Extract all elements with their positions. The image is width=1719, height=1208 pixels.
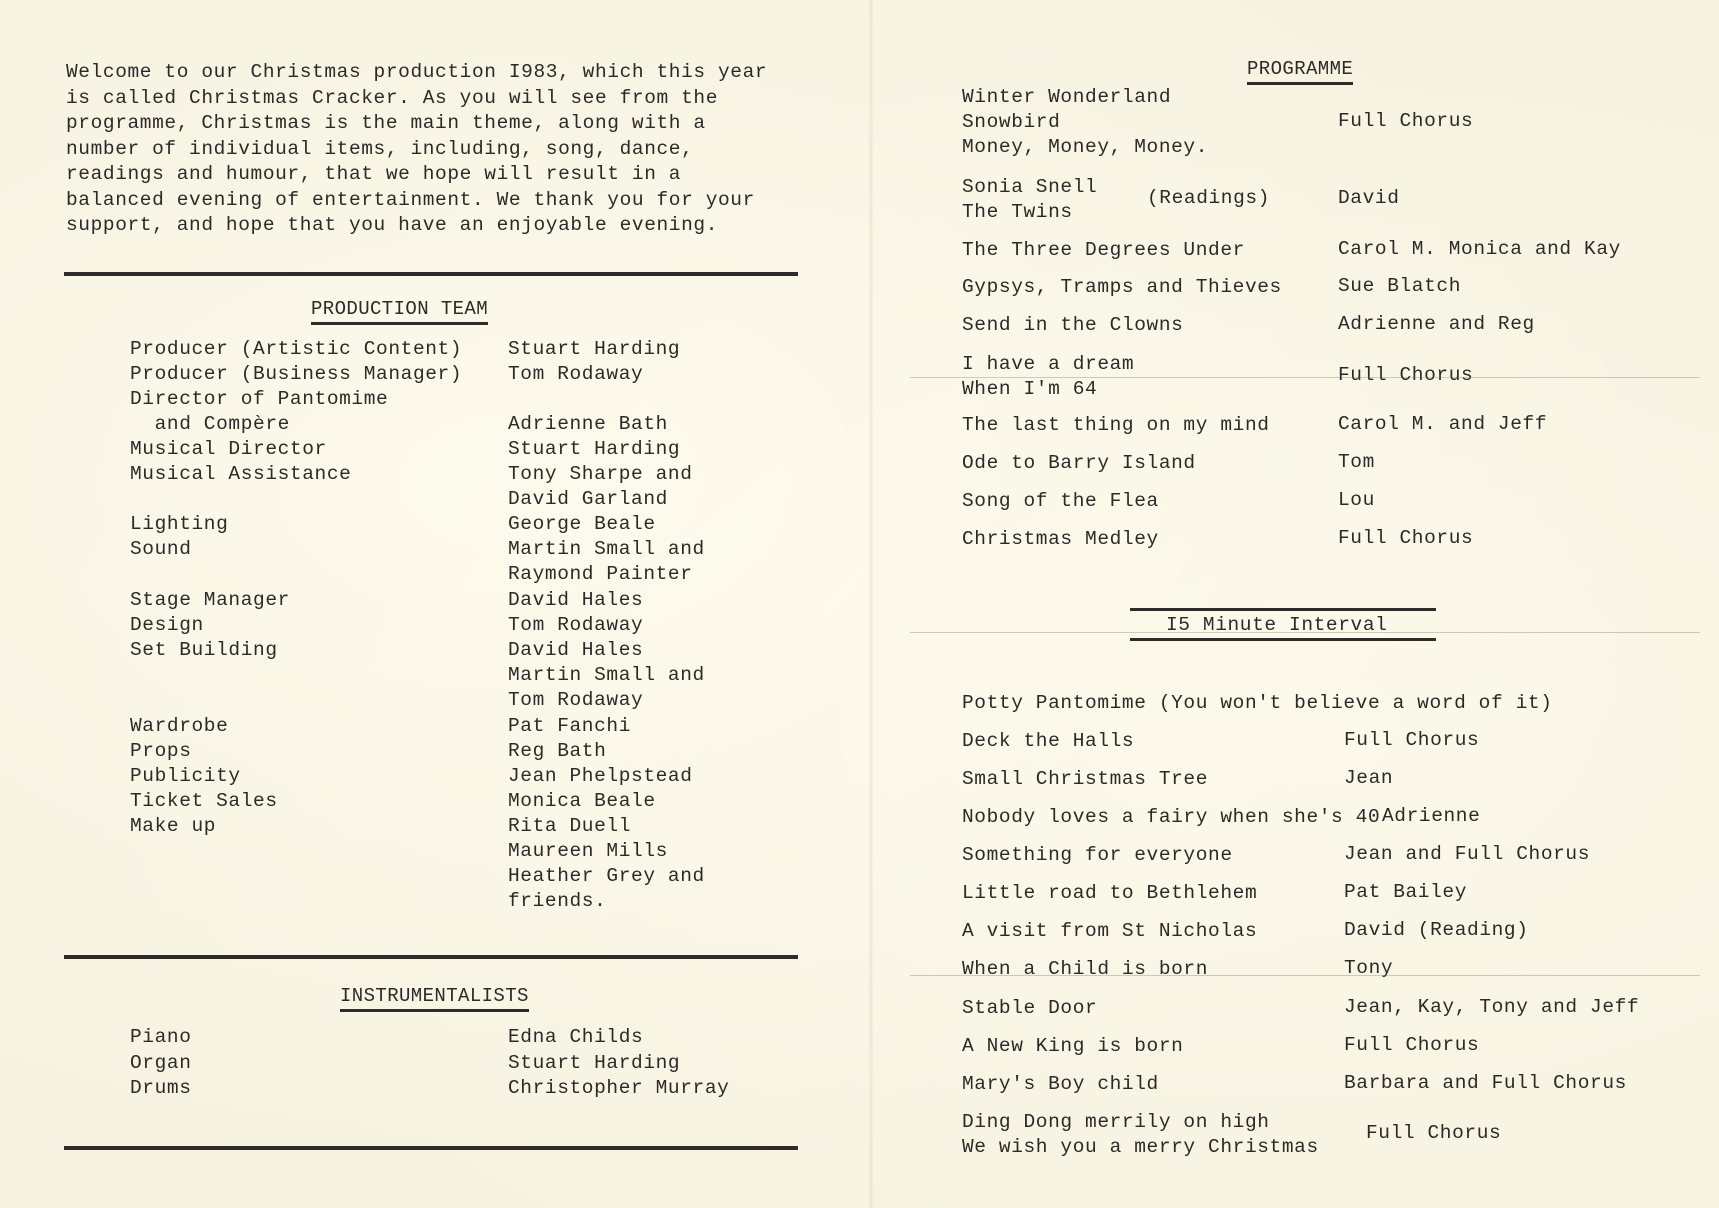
divider-2 bbox=[64, 955, 798, 959]
welcome-line: Welcome to our Christmas production I983… bbox=[66, 60, 826, 86]
divider-1 bbox=[64, 272, 798, 276]
team-name: Monica Beale bbox=[508, 790, 656, 812]
programme-item-title: Gypsys, Tramps and Thieves bbox=[962, 275, 1282, 300]
title-line: Stable Door bbox=[962, 996, 1097, 1021]
programme-item-performer: Jean, Kay, Tony and Jeff bbox=[1344, 996, 1639, 1018]
programme-item-performer: Barbara and Full Chorus bbox=[1344, 1072, 1627, 1094]
programme-item-performer: Tom bbox=[1338, 451, 1375, 473]
team-role: Ticket Sales bbox=[130, 790, 278, 812]
programme-item-performer: Jean bbox=[1344, 767, 1393, 789]
title-line: Little road to Bethlehem bbox=[962, 881, 1257, 906]
welcome-line: readings and humour, that we hope will r… bbox=[66, 162, 826, 188]
title-line: Sonia Snell bbox=[962, 175, 1097, 200]
programme-item-title: Nobody loves a fairy when she's 40 bbox=[962, 805, 1380, 830]
programme-item-performer: Full Chorus bbox=[1338, 110, 1473, 132]
programme-item-title: Deck the Halls bbox=[962, 729, 1134, 754]
programme-item-title: A visit from St Nicholas bbox=[962, 919, 1257, 944]
welcome-line: is called Christmas Cracker. As you will… bbox=[66, 86, 826, 112]
title-line: Deck the Halls bbox=[962, 729, 1134, 754]
team-name: Adrienne Bath bbox=[508, 413, 668, 435]
instrument-name: Organ bbox=[130, 1052, 192, 1074]
programme-sheet: Welcome to our Christmas production I983… bbox=[0, 0, 1719, 1208]
title-line: The last thing on my mind bbox=[962, 413, 1270, 438]
title-line: A New King is born bbox=[962, 1034, 1183, 1059]
programme-item-performer: Full Chorus bbox=[1366, 1122, 1501, 1144]
title-line: Ode to Barry Island bbox=[962, 451, 1196, 476]
programme-item-title: Send in the Clowns bbox=[962, 313, 1183, 338]
programme-item-title: Stable Door bbox=[962, 996, 1097, 1021]
programme-item-title: The last thing on my mind bbox=[962, 413, 1270, 438]
title-line: When a Child is born bbox=[962, 957, 1208, 982]
programme-item-performer: Full Chorus bbox=[1344, 729, 1479, 751]
team-name: Maureen Mills bbox=[508, 840, 668, 862]
interval-label: I5 Minute Interval bbox=[1166, 613, 1387, 638]
programme-item-title: Little road to Bethlehem bbox=[962, 881, 1257, 906]
production-team-heading: PRODUCTION TEAM bbox=[311, 298, 488, 320]
programme-item-performer: Full Chorus bbox=[1338, 527, 1473, 549]
title-line: We wish you a merry Christmas bbox=[962, 1135, 1319, 1160]
programme-item-title: When a Child is born bbox=[962, 957, 1208, 982]
team-name: Rita Duell bbox=[508, 815, 631, 837]
title-line: A visit from St Nicholas bbox=[962, 919, 1257, 944]
programme-item-performer: Jean and Full Chorus bbox=[1344, 843, 1590, 865]
team-name: friends. bbox=[508, 890, 606, 912]
team-role: Producer (Business Manager) bbox=[130, 363, 462, 385]
team-name: Martin Small and bbox=[508, 538, 705, 560]
team-name: David Hales bbox=[508, 589, 643, 611]
team-name: Jean Phelpstead bbox=[508, 765, 693, 787]
title-line: Ding Dong merrily on high bbox=[962, 1110, 1319, 1135]
title-line: Something for everyone bbox=[962, 843, 1233, 868]
instrumentalists-heading: INSTRUMENTALISTS bbox=[340, 985, 529, 1007]
team-name: Tom Rodaway bbox=[508, 363, 643, 385]
team-name: Tom Rodaway bbox=[508, 689, 643, 711]
programme-item-performer: Adrienne and Reg bbox=[1338, 313, 1535, 335]
title-line: Money, Money, Money. bbox=[962, 135, 1208, 160]
programme-item-performer: Lou bbox=[1338, 489, 1375, 511]
title-line: Mary's Boy child bbox=[962, 1072, 1159, 1097]
team-role: Stage Manager bbox=[130, 589, 290, 611]
title-line: Snowbird bbox=[962, 110, 1208, 135]
programme-item-note: (Readings) bbox=[1147, 187, 1270, 209]
title-line: Gypsys, Tramps and Thieves bbox=[962, 275, 1282, 300]
page-fold bbox=[868, 0, 874, 1208]
programme-item-title: Ode to Barry Island bbox=[962, 451, 1196, 476]
programme-item-title: Ding Dong merrily on highWe wish you a m… bbox=[962, 1110, 1319, 1160]
bleed-line-2 bbox=[910, 632, 1700, 633]
title-line: Small Christmas Tree bbox=[962, 767, 1208, 792]
programme-item-performer: Full Chorus bbox=[1338, 364, 1473, 386]
part-two-intro: Potty Pantomime (You won't believe a wor… bbox=[962, 691, 1553, 716]
team-role: Director of Pantomime bbox=[130, 388, 388, 410]
team-name: Stuart Harding bbox=[508, 338, 680, 360]
team-role: and Compère bbox=[130, 413, 290, 435]
team-name: Stuart Harding bbox=[508, 438, 680, 460]
team-name: Heather Grey and bbox=[508, 865, 705, 887]
programme-item-performer: Full Chorus bbox=[1344, 1034, 1479, 1056]
instrumentalist-name: Christopher Murray bbox=[508, 1077, 729, 1099]
programme-item-title: Mary's Boy child bbox=[962, 1072, 1159, 1097]
team-name: Raymond Painter bbox=[508, 563, 693, 585]
interval-rule-top bbox=[1130, 608, 1436, 611]
team-role: Publicity bbox=[130, 765, 241, 787]
programme-item-performer: David bbox=[1338, 187, 1400, 209]
team-name: Martin Small and bbox=[508, 664, 705, 686]
team-role: Wardrobe bbox=[130, 715, 228, 737]
welcome-line: number of individual items, including, s… bbox=[66, 137, 826, 163]
team-role: Sound bbox=[130, 538, 192, 560]
title-line: The Three Degrees Under bbox=[962, 238, 1245, 263]
programme-item-performer: David (Reading) bbox=[1344, 919, 1529, 941]
title-line: Christmas Medley bbox=[962, 527, 1159, 552]
programme-item-performer: Sue Blatch bbox=[1338, 275, 1461, 297]
team-name: Reg Bath bbox=[508, 740, 606, 762]
interval-rule-bottom bbox=[1130, 638, 1436, 641]
welcome-line: support, and hope that you have an enjoy… bbox=[66, 213, 826, 239]
team-name: George Beale bbox=[508, 513, 656, 535]
welcome-paragraph: Welcome to our Christmas production I983… bbox=[66, 60, 826, 239]
programme-item-title: Winter WonderlandSnowbirdMoney, Money, M… bbox=[962, 85, 1208, 160]
programme-item-performer: Adrienne bbox=[1382, 805, 1480, 827]
programme-item-title: A New King is born bbox=[962, 1034, 1183, 1059]
title-line: Winter Wonderland bbox=[962, 85, 1208, 110]
instrument-name: Piano bbox=[130, 1026, 192, 1048]
team-role: Props bbox=[130, 740, 192, 762]
team-role: Design bbox=[130, 614, 204, 636]
instrument-name: Drums bbox=[130, 1077, 192, 1099]
programme-heading: PROGRAMME bbox=[1247, 58, 1353, 80]
team-role: Lighting bbox=[130, 513, 228, 535]
title-line: When I'm 64 bbox=[962, 377, 1134, 402]
programme-item-title: The Three Degrees Under bbox=[962, 238, 1245, 263]
team-role: Musical Assistance bbox=[130, 463, 351, 485]
team-name: Pat Fanchi bbox=[508, 715, 631, 737]
title-line: Song of the Flea bbox=[962, 489, 1159, 514]
programme-item-title: Something for everyone bbox=[962, 843, 1233, 868]
team-name: Tony Sharpe and bbox=[508, 463, 693, 485]
team-name: David Hales bbox=[508, 639, 643, 661]
divider-3 bbox=[64, 1146, 798, 1150]
bleed-line-1 bbox=[910, 377, 1700, 378]
instrumentalist-name: Stuart Harding bbox=[508, 1052, 680, 1074]
title-line: Nobody loves a fairy when she's 40 bbox=[962, 805, 1380, 830]
title-line: Send in the Clowns bbox=[962, 313, 1183, 338]
team-role: Make up bbox=[130, 815, 216, 837]
welcome-line: programme, Christmas is the main theme, … bbox=[66, 111, 826, 137]
programme-item-title: Christmas Medley bbox=[962, 527, 1159, 552]
team-name: Tom Rodaway bbox=[508, 614, 643, 636]
team-role: Producer (Artistic Content) bbox=[130, 338, 462, 360]
title-line: I have a dream bbox=[962, 352, 1134, 377]
bleed-line-3 bbox=[910, 975, 1700, 976]
welcome-line: balanced evening of entertainment. We th… bbox=[66, 188, 826, 214]
programme-item-title: Sonia SnellThe Twins bbox=[962, 175, 1097, 225]
programme-item-performer: Carol M. Monica and Kay bbox=[1338, 238, 1621, 260]
title-line: The Twins bbox=[962, 200, 1097, 225]
programme-item-performer: Carol M. and Jeff bbox=[1338, 413, 1547, 435]
team-role: Set Building bbox=[130, 639, 278, 661]
programme-item-title: Song of the Flea bbox=[962, 489, 1159, 514]
team-role: Musical Director bbox=[130, 438, 327, 460]
team-name: David Garland bbox=[508, 488, 668, 510]
programme-item-performer: Pat Bailey bbox=[1344, 881, 1467, 903]
programme-item-title: Small Christmas Tree bbox=[962, 767, 1208, 792]
instrumentalist-name: Edna Childs bbox=[508, 1026, 643, 1048]
